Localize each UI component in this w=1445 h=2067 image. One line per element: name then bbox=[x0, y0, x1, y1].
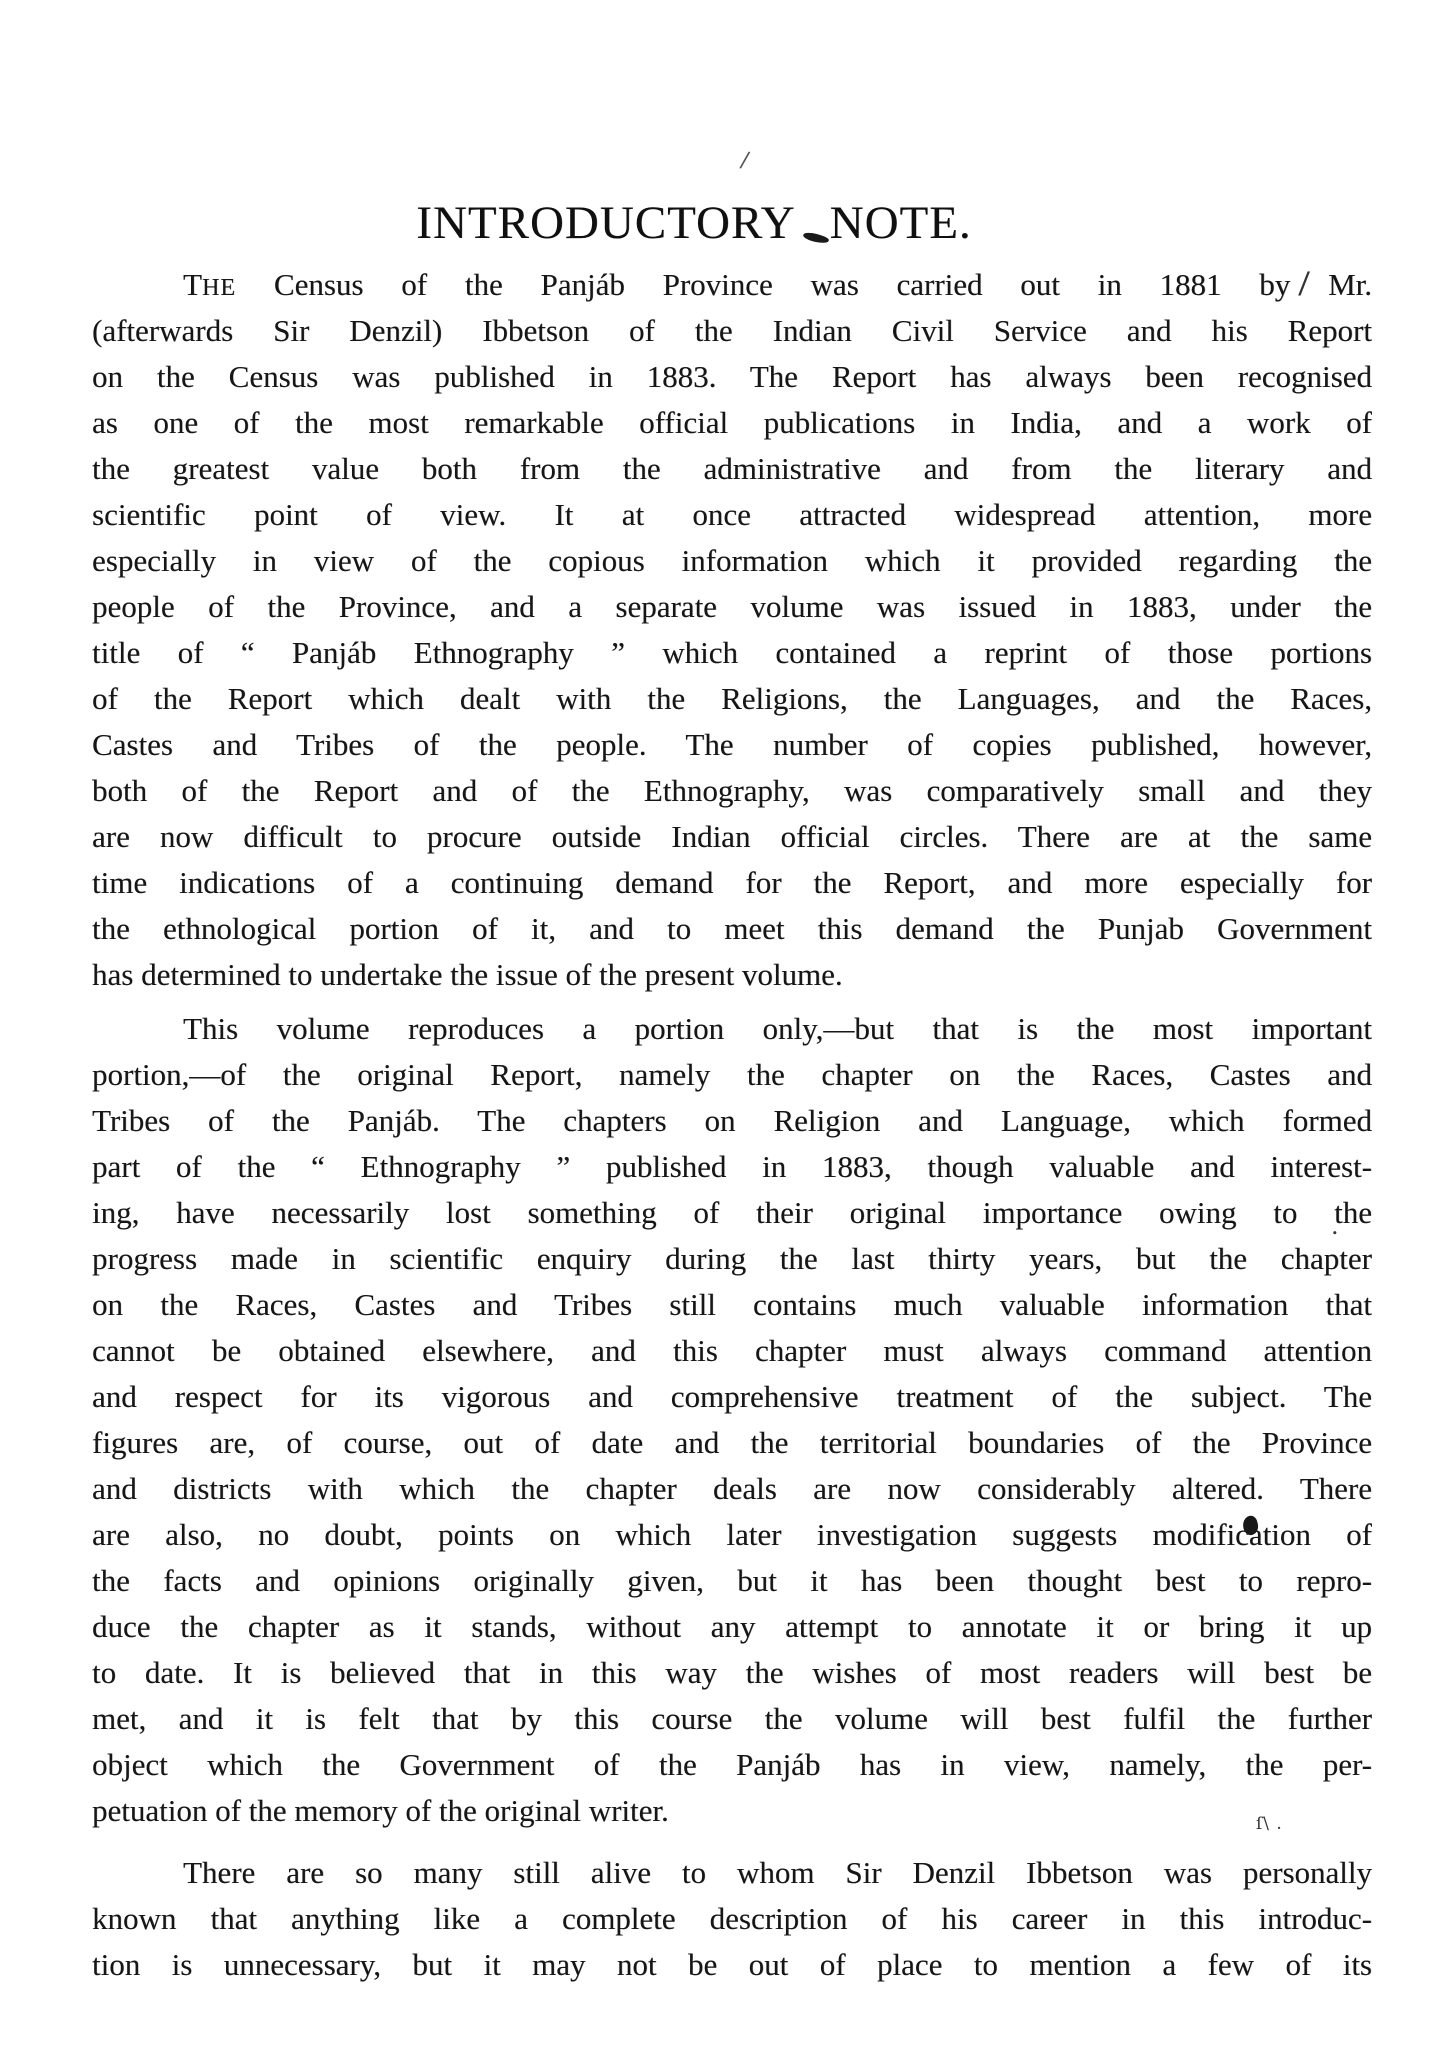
body-text: THE Census of the Panjáb Province was ca… bbox=[92, 262, 1372, 1988]
text-line: duce the chapter as it stands, without a… bbox=[92, 1604, 1372, 1650]
scan-artifact-slash: / bbox=[738, 148, 750, 174]
title-text-right: NOTE. bbox=[830, 197, 972, 249]
scan-artifact-dot: . bbox=[1331, 1212, 1339, 1240]
text-line: ing, have necessarily lost something of … bbox=[92, 1190, 1372, 1236]
text-line: part of the “ Ethnography ” published in… bbox=[92, 1144, 1372, 1190]
ink-mark bbox=[802, 231, 829, 246]
scanned-page: INTRODUCTORYNOTE. THE Census of the Panj… bbox=[0, 0, 1445, 2067]
text-line: Castes and Tribes of the people. The num… bbox=[92, 722, 1372, 768]
text-line: tion is unnecessary, but it may not be o… bbox=[92, 1942, 1372, 1988]
text-line: object which the Government of the Panjá… bbox=[92, 1742, 1372, 1788]
text-line: people of the Province, and a separate v… bbox=[92, 584, 1372, 630]
text-line: has determined to undertake the issue of… bbox=[92, 952, 1372, 998]
text-line: the facts and opinions originally given,… bbox=[92, 1558, 1372, 1604]
page-title: INTRODUCTORYNOTE. bbox=[54, 196, 1334, 250]
paragraph-lines: This volume reproduces a portion only,—b… bbox=[92, 1006, 1372, 1834]
line-text: Census of the Panjáb Province was carrie… bbox=[236, 267, 1372, 302]
text-line: THE Census of the Panjáb Province was ca… bbox=[92, 262, 1372, 308]
text-line: scientific point of view. It at once att… bbox=[92, 492, 1372, 538]
text-line: both of the Report and of the Ethnograph… bbox=[92, 768, 1372, 814]
text-line: on the Census was published in 1883. The… bbox=[92, 354, 1372, 400]
text-line: petuation of the memory of the original … bbox=[92, 1788, 1372, 1834]
paragraph-lines: There are so many still alive to whom Si… bbox=[92, 1850, 1372, 1988]
text-line: There are so many still alive to whom Si… bbox=[92, 1850, 1372, 1896]
text-line: met, and it is felt that by this course … bbox=[92, 1696, 1372, 1742]
scan-artifact-mark: ſ\ . bbox=[1256, 1814, 1283, 1834]
text-line: time indications of a continuing demand … bbox=[92, 860, 1372, 906]
scan-artifact-dot: · bbox=[1337, 545, 1344, 570]
text-line: as one of the most remarkable official p… bbox=[92, 400, 1372, 446]
text-line: (afterwards Sir Denzil) Ibbetson of the … bbox=[92, 308, 1372, 354]
text-line: especially in view of the copious inform… bbox=[92, 538, 1372, 584]
text-line: figures are, of course, out of date and … bbox=[92, 1420, 1372, 1466]
text-line: This volume reproduces a portion only,—b… bbox=[92, 1006, 1372, 1052]
title-text-left: INTRODUCTORY bbox=[416, 197, 795, 249]
text-line: to date. It is believed that in this way… bbox=[92, 1650, 1372, 1696]
paragraph-2: This volume reproduces a portion only,—b… bbox=[92, 1006, 1372, 1834]
paragraph-3: There are so many still alive to whom Si… bbox=[92, 1850, 1372, 1988]
text-line: of the Report which dealt with the Relig… bbox=[92, 676, 1372, 722]
text-line: on the Races, Castes and Tribes still co… bbox=[92, 1282, 1372, 1328]
text-line: are now difficult to procure outside Ind… bbox=[92, 814, 1372, 860]
text-line: are also, no doubt, points on which late… bbox=[92, 1512, 1372, 1558]
text-line: progress made in scientific enquiry duri… bbox=[92, 1236, 1372, 1282]
text-line: known that anything like a complete desc… bbox=[92, 1896, 1372, 1942]
text-line: and districts with which the chapter dea… bbox=[92, 1466, 1372, 1512]
text-line: title of “ Panjáb Ethnography ” which co… bbox=[92, 630, 1372, 676]
text-line: the greatest value both from the adminis… bbox=[92, 446, 1372, 492]
text-line: portion,—of the original Report, namely … bbox=[92, 1052, 1372, 1098]
text-line: Tribes of the Panjáb. The chapters on Re… bbox=[92, 1098, 1372, 1144]
paragraph-lines: (afterwards Sir Denzil) Ibbetson of the … bbox=[92, 308, 1372, 998]
text-line: cannot be obtained elsewhere, and this c… bbox=[92, 1328, 1372, 1374]
lead-smallcaps: HE bbox=[202, 274, 236, 301]
text-line: and respect for its vigorous and compreh… bbox=[92, 1374, 1372, 1420]
text-line: the ethnological portion of it, and to m… bbox=[92, 906, 1372, 952]
paragraph-1: THE Census of the Panjáb Province was ca… bbox=[92, 262, 1372, 998]
lead-capital: T bbox=[183, 267, 202, 302]
